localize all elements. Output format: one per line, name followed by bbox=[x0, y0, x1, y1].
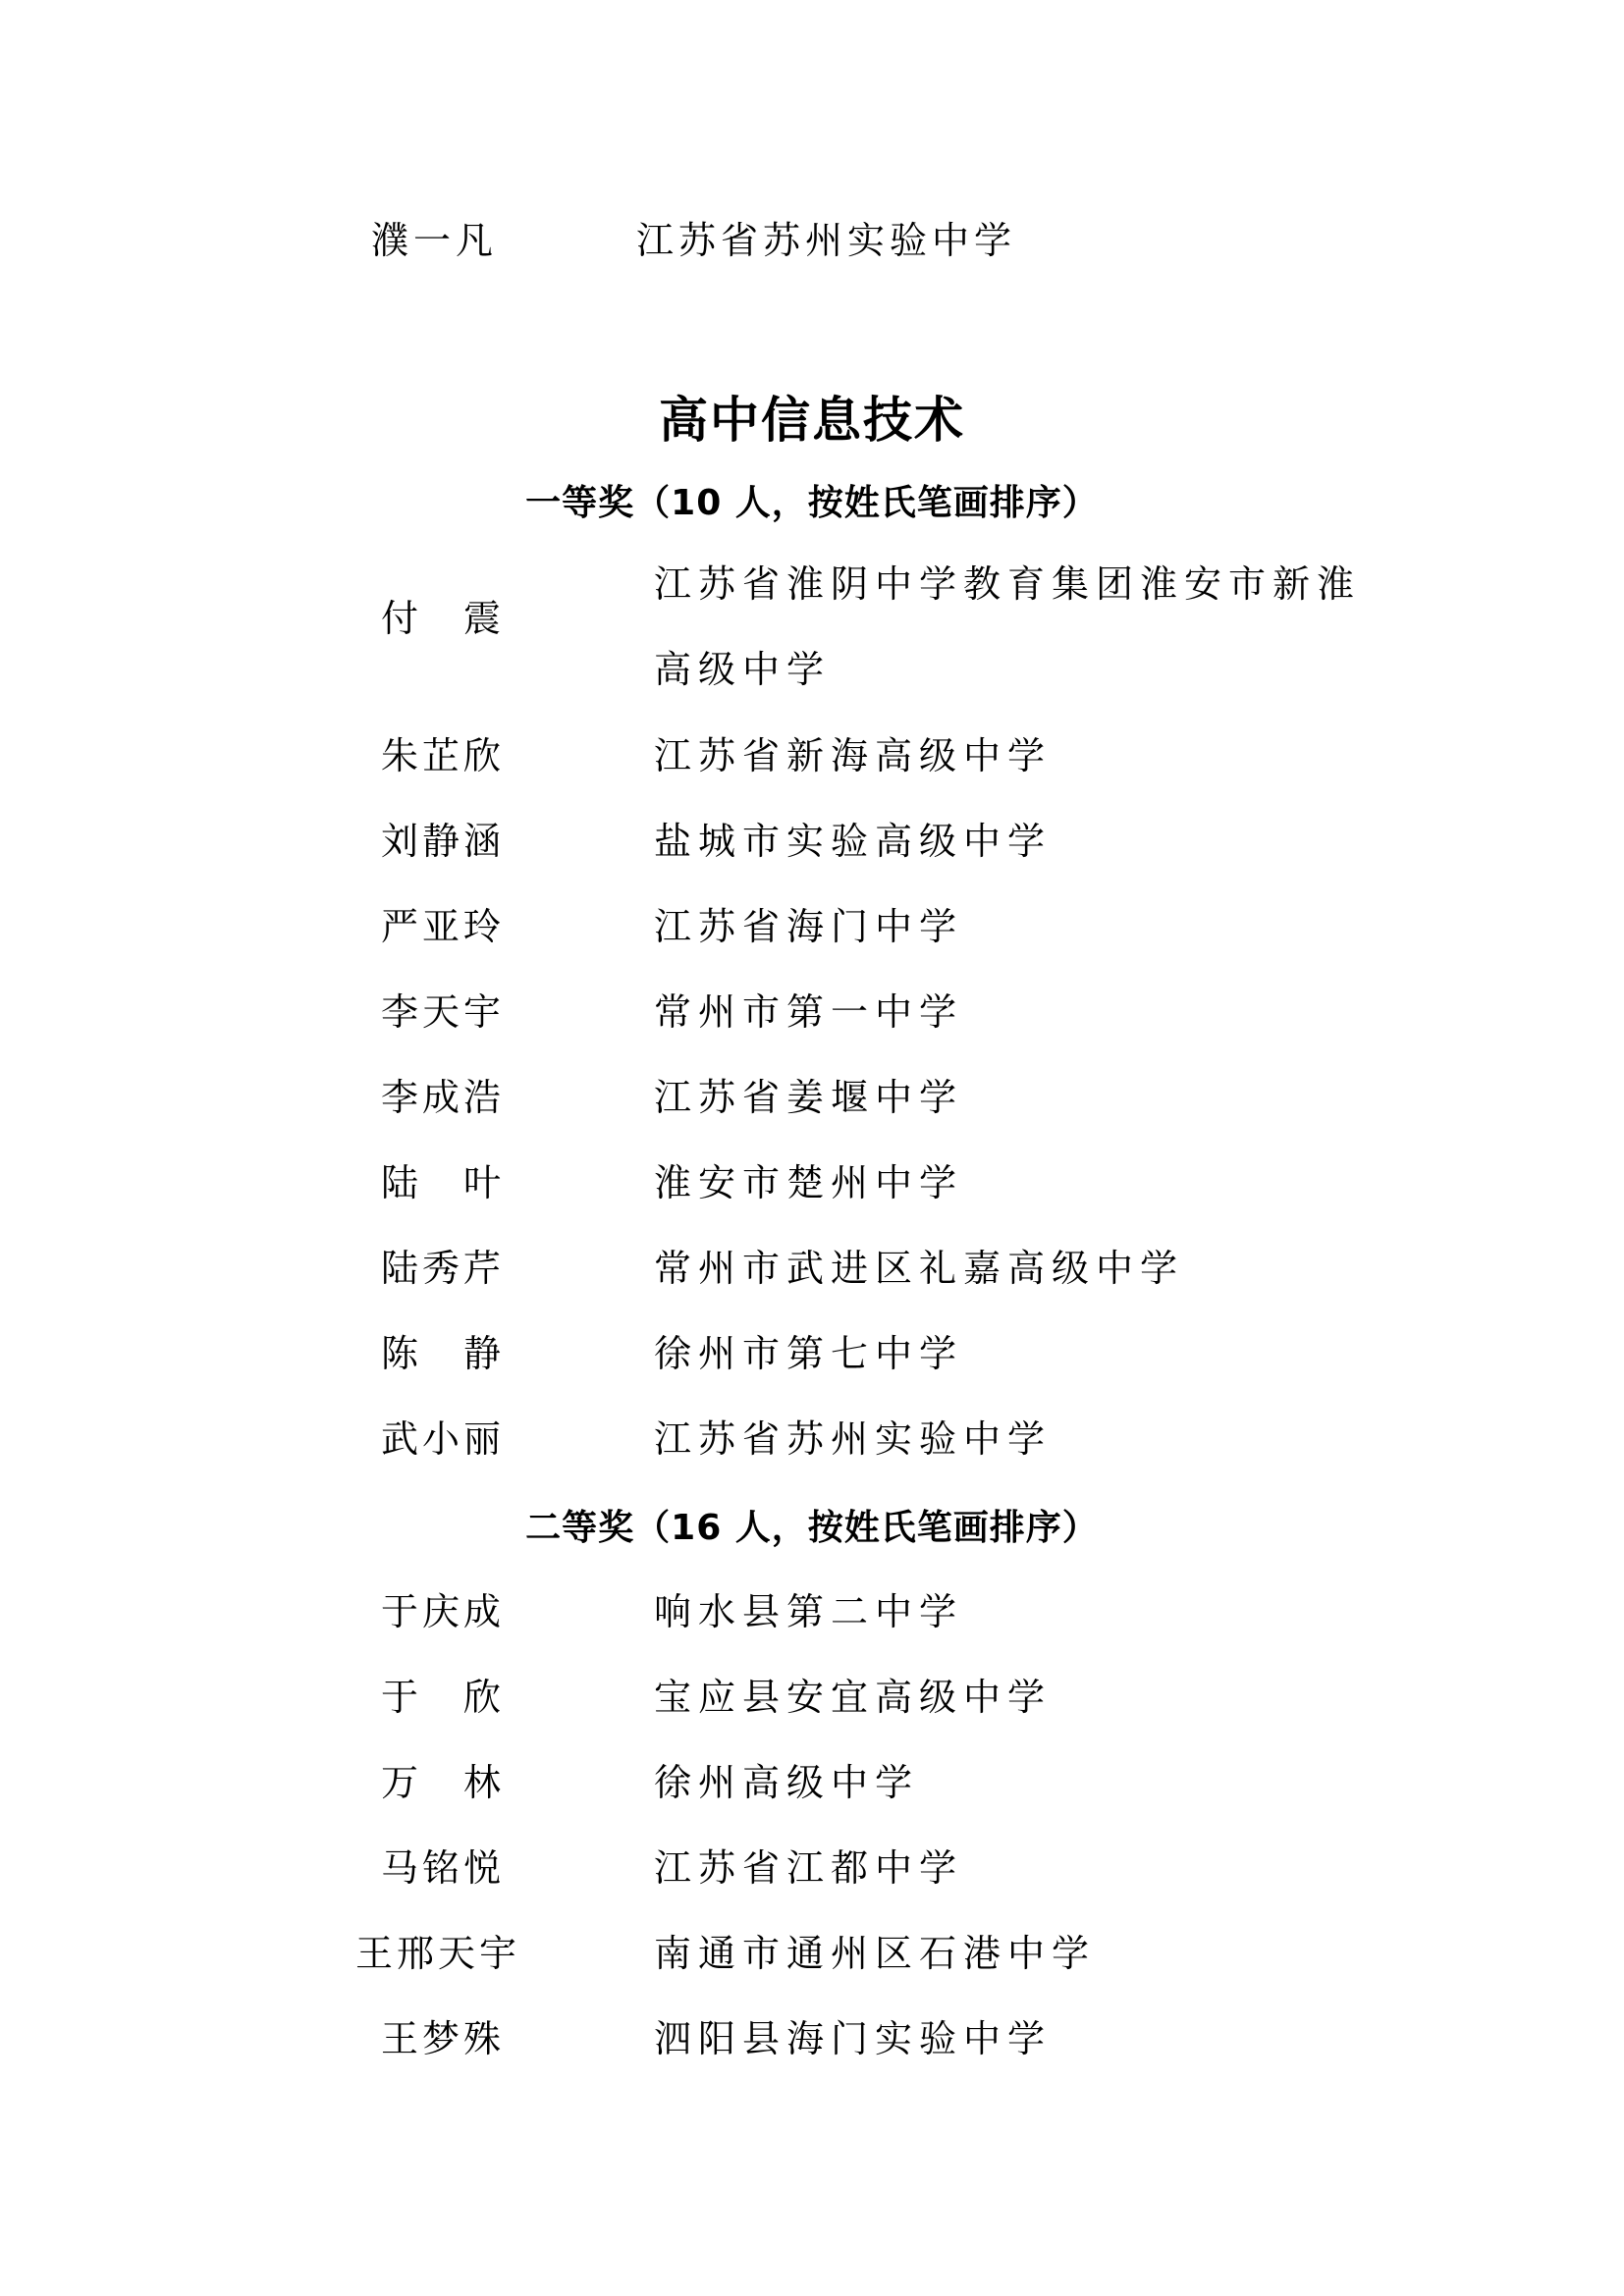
winner-name: 陈 静 bbox=[381, 1324, 528, 1383]
list-item-school-line1: 江苏省淮阴中学教育集团淮安市新淮 bbox=[0, 555, 1624, 614]
list-item: 于庆成 响水县第二中学 bbox=[0, 1582, 1624, 1641]
list-item: 武小丽 江苏省苏州实验中学 bbox=[0, 1410, 1624, 1468]
winner-school: 徐州高级中学 bbox=[654, 1753, 919, 1812]
winner-name: 武小丽 bbox=[381, 1410, 528, 1468]
winner-school: 南通市通州区石港中学 bbox=[654, 1924, 1096, 1983]
winner-name: 陆秀芹 bbox=[381, 1239, 528, 1298]
winner-school: 宝应县安宜高级中学 bbox=[654, 1668, 1052, 1727]
list-item: 王梦殊 泗阳县海门实验中学 bbox=[0, 2009, 1624, 2068]
second-prize-heading: 二等奖（16 人，按姓氏笔画排序） bbox=[0, 1500, 1624, 1550]
winner-name: 李天宇 bbox=[381, 983, 528, 1041]
winner-name: 王邢天宇 bbox=[355, 1924, 503, 1983]
winner-school: 徐州市第七中学 bbox=[654, 1324, 963, 1383]
winner-school: 常州市武进区礼嘉高级中学 bbox=[654, 1239, 1184, 1298]
list-item: 刘静涵 盐城市实验高级中学 bbox=[0, 812, 1624, 871]
list-item: 于 欣 宝应县安宜高级中学 bbox=[0, 1668, 1624, 1727]
winner-school: 常州市第一中学 bbox=[654, 983, 963, 1041]
winner-school: 泗阳县海门实验中学 bbox=[654, 2009, 1052, 2068]
list-item: 李天宇 常州市第一中学 bbox=[0, 983, 1624, 1041]
list-item: 陈 静 徐州市第七中学 bbox=[0, 1324, 1624, 1383]
list-item: 马铭悦 江苏省江都中学 bbox=[0, 1839, 1624, 1897]
winner-school: 江苏省姜堰中学 bbox=[654, 1068, 963, 1127]
previous-entry-school: 江苏省苏州实验中学 bbox=[636, 210, 1016, 264]
first-prize-heading: 一等奖（10 人，按姓氏笔画排序） bbox=[0, 475, 1624, 525]
winner-school: 淮安市楚州中学 bbox=[654, 1153, 963, 1212]
winner-school: 江苏省淮阴中学教育集团淮安市新淮 bbox=[654, 555, 1361, 614]
winner-name: 于 欣 bbox=[381, 1668, 528, 1727]
list-item-school-line2: 高级中学 bbox=[0, 640, 1624, 699]
list-item: 朱芷欣 江苏省新海高级中学 bbox=[0, 726, 1624, 785]
winner-school: 响水县第二中学 bbox=[654, 1582, 963, 1641]
list-item: 万 林 徐州高级中学 bbox=[0, 1753, 1624, 1812]
winner-name: 李成浩 bbox=[381, 1068, 528, 1127]
winner-name: 王梦殊 bbox=[381, 2009, 528, 2068]
previous-entry-name: 濮一凡 bbox=[371, 210, 498, 264]
list-item: 严亚玲 江苏省海门中学 bbox=[0, 897, 1624, 956]
winner-name: 于庆成 bbox=[381, 1582, 528, 1641]
winner-school-line2: 高级中学 bbox=[654, 640, 831, 699]
section-title: 高中信息技术 bbox=[0, 381, 1624, 452]
winner-school: 盐城市实验高级中学 bbox=[654, 812, 1052, 871]
winner-school: 江苏省江都中学 bbox=[654, 1839, 963, 1897]
winner-name: 严亚玲 bbox=[381, 897, 528, 956]
list-item: 陆秀芹 常州市武进区礼嘉高级中学 bbox=[0, 1239, 1624, 1298]
winner-school: 江苏省新海高级中学 bbox=[654, 726, 1052, 785]
list-item: 李成浩 江苏省姜堰中学 bbox=[0, 1068, 1624, 1127]
winner-school: 江苏省苏州实验中学 bbox=[654, 1410, 1052, 1468]
winner-school: 江苏省海门中学 bbox=[654, 897, 963, 956]
winner-name: 刘静涵 bbox=[381, 812, 528, 871]
list-item: 陆 叶 淮安市楚州中学 bbox=[0, 1153, 1624, 1212]
winner-name: 马铭悦 bbox=[381, 1839, 528, 1897]
winner-name: 万 林 bbox=[381, 1753, 528, 1812]
winner-name: 朱芷欣 bbox=[381, 726, 528, 785]
winner-name: 陆 叶 bbox=[381, 1153, 528, 1212]
list-item: 王邢天宇 南通市通州区石港中学 bbox=[0, 1924, 1624, 1983]
